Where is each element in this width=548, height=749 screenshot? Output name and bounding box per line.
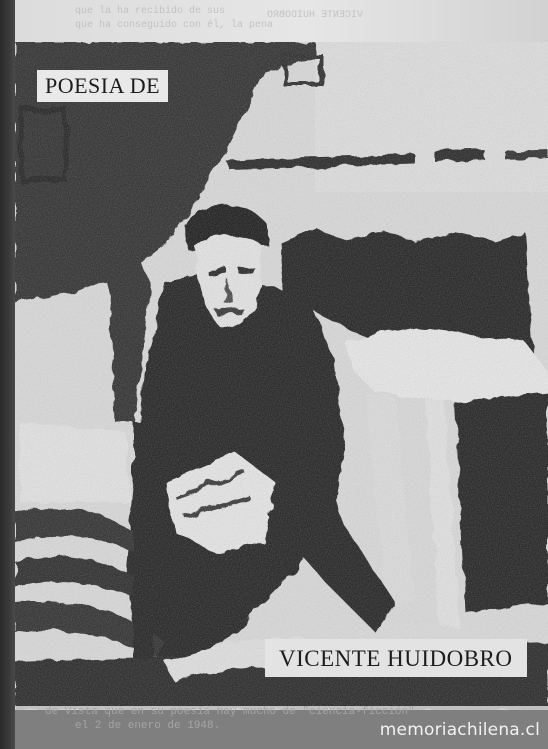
bleed-through-heading: VICENTE HUIDOBRO <box>267 10 363 21</box>
cover-title-label: POESIA DE <box>37 70 168 102</box>
bleed-through-text: el 2 de enero de 1948. <box>75 720 220 732</box>
source-watermark: memoriachilena.cl <box>380 720 540 740</box>
cover-illustration: POESIA DE VICENTE HUIDOBRO <box>15 42 548 710</box>
book-spine-edge <box>0 0 15 749</box>
woodcut-illustration <box>15 42 548 710</box>
bleed-through-text: que ha conseguido con él, la pena <box>75 20 273 31</box>
bleed-through-text: que la ha recibido de sus <box>75 6 225 17</box>
cover-author-label: VICENTE HUIDOBRO <box>265 639 527 677</box>
top-page-margin: que la ha recibido de sus que ha consegu… <box>15 0 548 42</box>
bleed-through-text: de Vista que en su poesia hay mucho de "… <box>45 706 415 718</box>
